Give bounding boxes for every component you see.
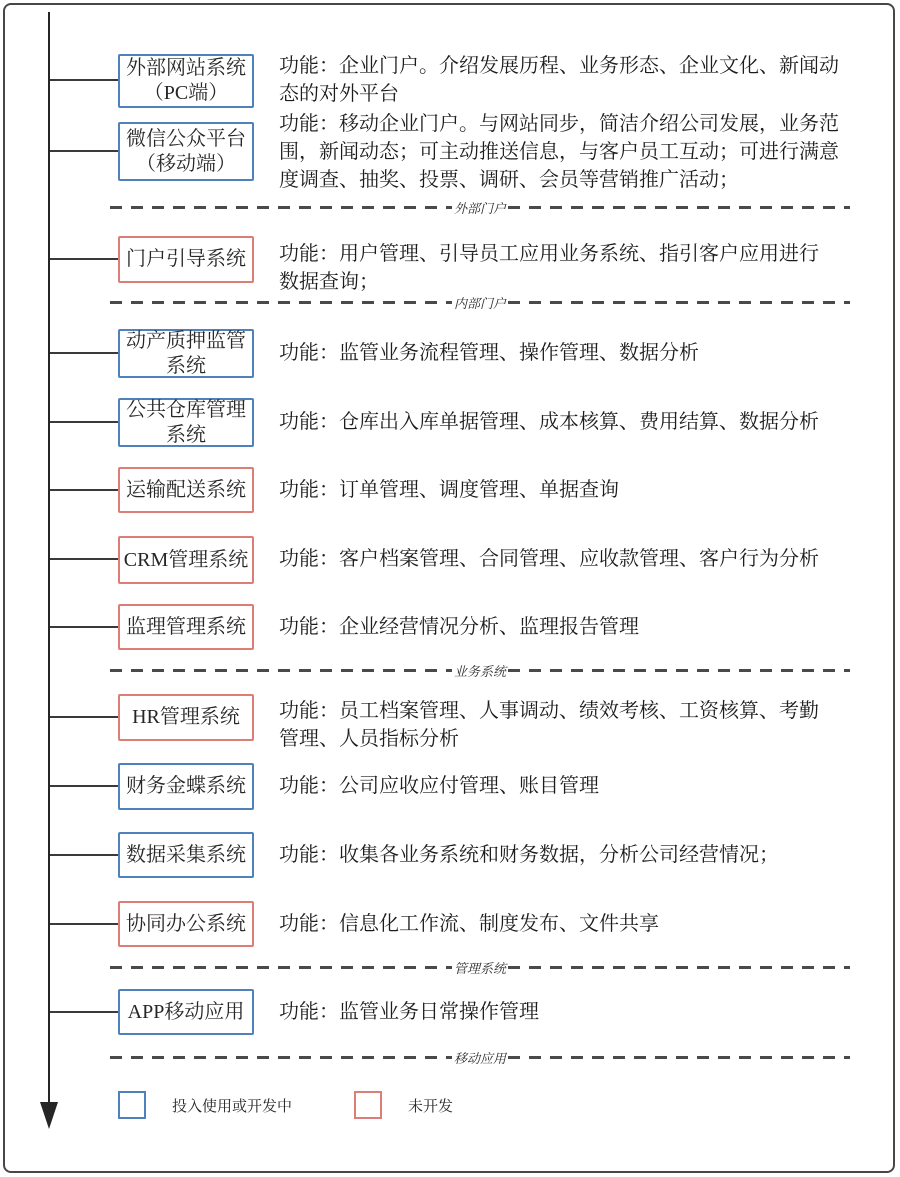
connector-line (50, 79, 118, 81)
section-divider: 外部门户 (110, 199, 850, 215)
legend-swatch-not-developed (354, 1091, 382, 1119)
divider-dash (110, 966, 452, 969)
connector-line (50, 923, 118, 925)
system-description: 功能：企业门户。介绍发展历程、业务形态、企业文化、新闻动 态的对外平台 (279, 52, 879, 108)
divider-dash (110, 301, 452, 304)
connector-line (50, 854, 118, 856)
divider-dash (508, 206, 850, 209)
connector-line (50, 258, 118, 260)
divider-dash (508, 669, 850, 672)
divider-dash (508, 1056, 850, 1059)
system-box: 运输配送系统 (118, 467, 254, 513)
connector-line (50, 352, 118, 354)
system-description: 功能：订单管理、调度管理、单据查询 (279, 476, 879, 504)
system-description: 功能：收集各业务系统和财务数据，分析公司经营情况； (279, 841, 879, 869)
system-description: 功能：移动企业门户。与网站同步，简洁介绍公司发展，业务范 围，新闻动态；可主动推… (279, 110, 879, 194)
divider-label: 业务系统 (452, 661, 508, 680)
system-box: APP移动应用 (118, 989, 254, 1035)
legend-label-in-use: 投入使用或开发中 (172, 1095, 292, 1116)
system-description: 功能：员工档案管理、人事调动、绩效考核、工资核算、考勤 管理、人员指标分析 (279, 697, 879, 753)
divider-label: 外部门户 (452, 198, 508, 217)
divider-label: 管理系统 (452, 958, 508, 977)
divider-label: 内部门户 (452, 293, 508, 312)
system-description: 功能：仓库出入库单据管理、成本核算、费用结算、数据分析 (279, 408, 879, 436)
system-description: 功能：信息化工作流、制度发布、文件共享 (279, 910, 879, 938)
legend-label-not-developed: 未开发 (408, 1095, 453, 1116)
system-description: 功能：监管业务日常操作管理 (279, 998, 879, 1026)
system-description: 功能：用户管理、引导员工应用业务系统、指引客户应用进行 数据查询； (279, 240, 879, 296)
divider-label: 移动应用 (452, 1048, 508, 1067)
system-box: CRM管理系统 (118, 536, 254, 584)
system-box: 动产质押监管 系统 (118, 329, 254, 378)
divider-dash (110, 206, 452, 209)
system-box: 数据采集系统 (118, 832, 254, 878)
connector-line (50, 716, 118, 718)
connector-line (50, 558, 118, 560)
divider-dash (508, 301, 850, 304)
system-box: 财务金蝶系统 (118, 763, 254, 810)
section-divider: 管理系统 (110, 959, 850, 975)
system-description: 功能：监管业务流程管理、操作管理、数据分析 (279, 339, 879, 367)
system-box: 协同办公系统 (118, 901, 254, 947)
system-box: 门户引导系统 (118, 236, 254, 283)
divider-dash (110, 669, 452, 672)
arrow-down-icon (40, 1102, 58, 1129)
connector-line (50, 421, 118, 423)
legend-swatch-in-use (118, 1091, 146, 1119)
system-box: HR管理系统 (118, 694, 254, 741)
section-divider: 内部门户 (110, 294, 850, 310)
system-box: 公共仓库管理 系统 (118, 398, 254, 447)
section-divider: 移动应用 (110, 1049, 850, 1065)
connector-line (50, 785, 118, 787)
system-description: 功能：公司应收应付管理、账目管理 (279, 772, 879, 800)
section-divider: 业务系统 (110, 662, 850, 678)
system-box: 微信公众平台 （移动端） (118, 122, 254, 181)
connector-line (50, 1011, 118, 1013)
system-description: 功能：企业经营情况分析、监理报告管理 (279, 613, 879, 641)
system-box: 监理管理系统 (118, 604, 254, 650)
connector-line (50, 626, 118, 628)
connector-line (50, 150, 118, 152)
system-description: 功能：客户档案管理、合同管理、应收款管理、客户行为分析 (279, 545, 879, 573)
divider-dash (508, 966, 850, 969)
connector-line (50, 489, 118, 491)
divider-dash (110, 1056, 452, 1059)
system-box: 外部网站系统 （PC端） (118, 54, 254, 108)
